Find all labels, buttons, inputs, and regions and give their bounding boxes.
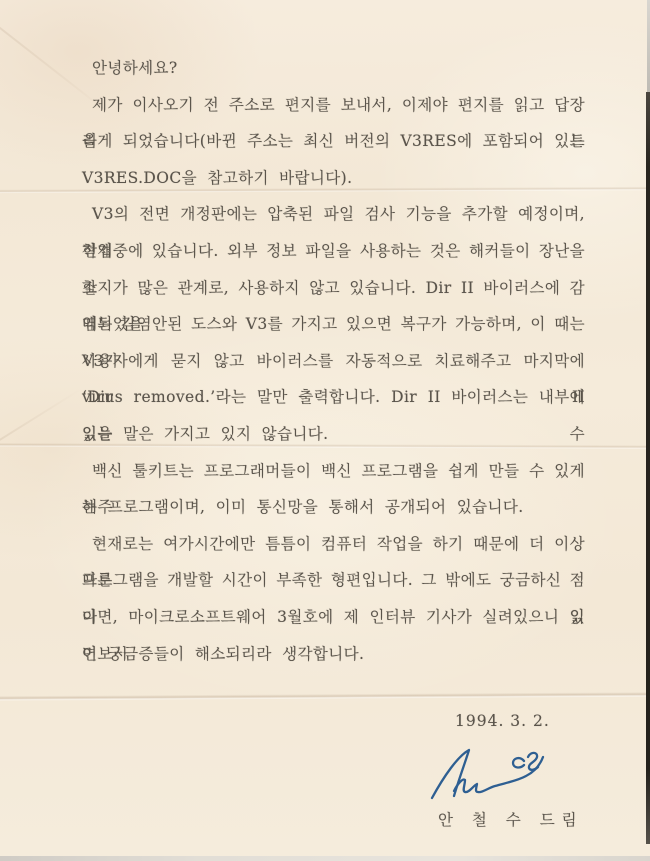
letter-line: 안녕하세요? [82,50,585,87]
letter-line: 작업중에 있습니다. 외부 정보 파일을 사용하는 것은 해커들이 장난을 할 [82,233,585,270]
scan-edge-bottom [0,856,650,861]
letter-line: 는 프로그램이며, 이미 통신망을 통해서 공개되어 있습니다. [82,489,585,526]
letter-line: 사용자에게 묻지 않고 바이러스를 자동적으로 치료해주고 마지막에 ‘Dir … [82,343,585,380]
letter-line: 다면, 마이크로소프트웨어 3월호에 제 인터뷰 기사가 실려있으니 읽어보시 [82,599,585,636]
letter-line: 면 궁금증들이 해소되리라 생각합니다. [82,636,585,673]
letter-line: 리게 되었습니다(바뀐 주소는 최신 버전의 V3RES에 포함되어 있는 [82,123,585,160]
letter-line: 제가 이사오기 전 주소로 편지를 보내서, 이제야 편지를 읽고 답장을 드 [82,87,585,124]
signature-ink-icon [424,744,556,802]
letter-line: 소지가 많은 관계로, 사용하지 않고 있습니다. Dir II 바이러스에 감… [82,270,585,307]
letter-line: V3의 전면 개정판에는 압축된 파일 검사 기능을 추가할 예정이며, 현재 [82,196,585,233]
fold-crease-bottom [0,692,650,701]
letter-line: 백신 툴키트는 프로그래머들이 백신 프로그램을 쉽게 만들 수 있게 해주 [82,453,585,490]
letter-line: 프로그램을 개발할 시간이 부족한 형편입니다. 그 밖에도 궁금하신 점이 있 [82,562,585,599]
crease-diagonal-left [0,388,81,453]
scan-edge-right [646,92,650,844]
letter-line: V3RES.DOC을 참고하기 바랍니다). [82,160,585,197]
letter-line: 때는 감염안된 도스와 V3를 가지고 있으면 복구가 가능하며, 이 때는 V… [82,306,585,343]
letter-date: 1994. 3. 2. [455,712,615,730]
signoff-name: 안 철 수 드림 [438,808,618,830]
letter-line: 현재로는 여가시간에만 틈틈이 컴퓨터 작업을 하기 때문에 더 이상 다른 [82,526,585,563]
letter-paper: 안녕하세요?제가 이사오기 전 주소로 편지를 보내서, 이제야 편지를 읽고 … [0,0,650,861]
letter-line: virus removed.’라는 말만 출력합니다. Dir II 바이러스는… [82,379,585,416]
signature [424,744,556,802]
letter-body: 안녕하세요?제가 이사오기 전 주소로 편지를 보내서, 이제야 편지를 읽고 … [82,50,585,672]
